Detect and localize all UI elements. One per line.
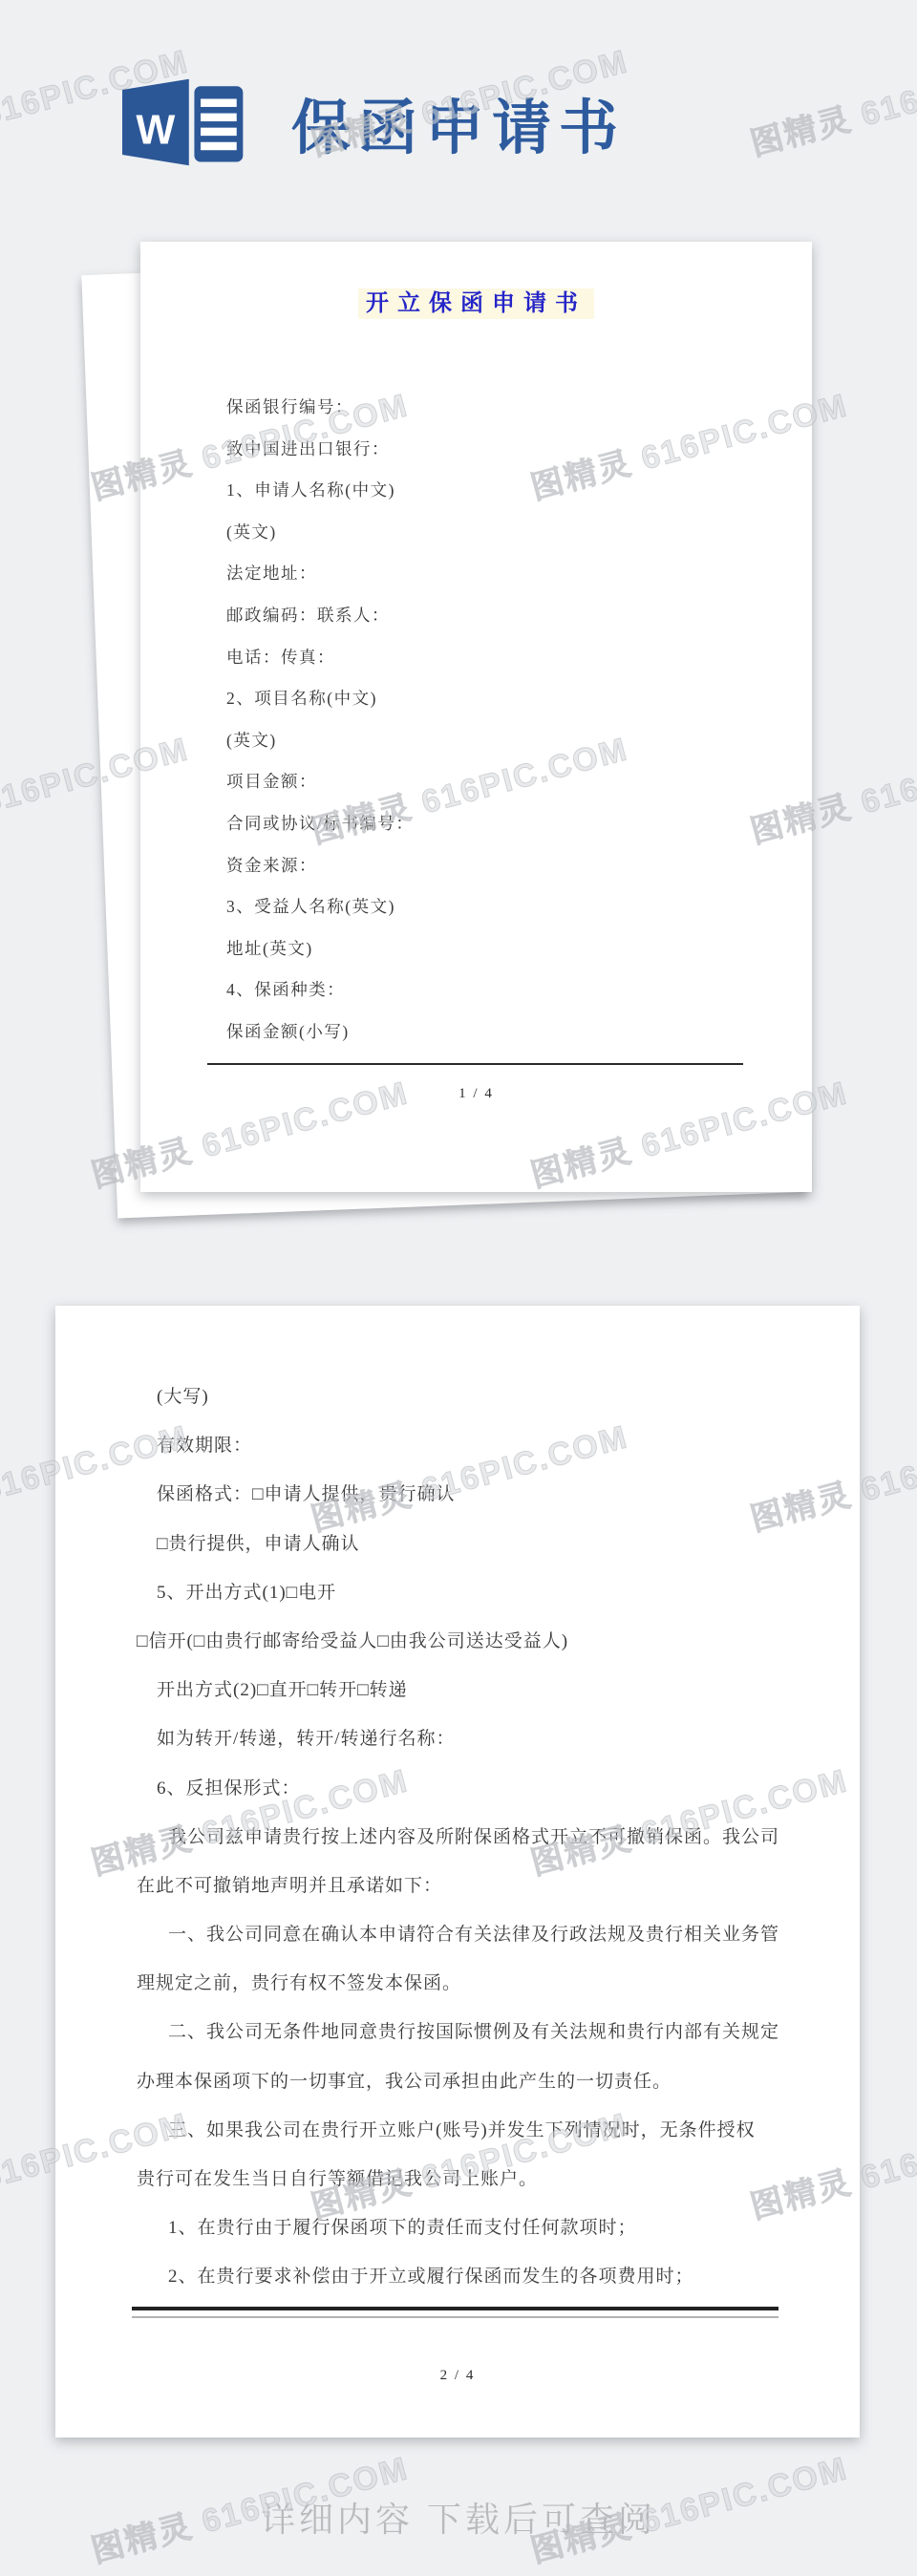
document-line: 资金来源：	[226, 845, 755, 887]
document-page-1: 开立保函申请书 保函银行编号：致中国进出口银行：1、申请人名称(中文)(英文)法…	[140, 242, 812, 1192]
header: W 保函申请书	[0, 0, 917, 191]
document-line: 二、我公司无条件地同意贵行按国际惯例及有关法规和贵行内部有关规定	[137, 2008, 807, 2056]
document-line: 保函银行编号：	[226, 387, 755, 429]
document-line: 电话：传真：	[226, 637, 755, 679]
document-line: 保函格式：□申请人提供，贵行确认	[137, 1470, 807, 1519]
document-page-2: (大写)有效期限：保函格式：□申请人提供，贵行确认□贵行提供，申请人确认5、开出…	[55, 1306, 860, 2438]
document-line: 项目金额：	[226, 761, 755, 803]
document-line: 贵行可在发生当日自行等额借记我公司上账户。	[137, 2155, 807, 2203]
page2-number: 2 / 4	[55, 2368, 860, 2384]
document-line: □信开(□由贵行邮寄给受益人□由我公司送达受益人)	[137, 1617, 807, 1666]
document-line: (英文)	[226, 720, 755, 762]
document-line: 办理本保函项下的一切事宜，我公司承担由此产生的一切责任。	[137, 2057, 807, 2106]
document-line: 法定地址：	[226, 553, 755, 595]
document-line: 有效期限：	[137, 1421, 807, 1470]
page-title: 保函申请书	[0, 80, 917, 165]
page1-number: 1 / 4	[140, 1086, 812, 1102]
page-canvas: W 保函申请书 开立保函申请书 保函银行编号：致中国进出口银行：1、申请人名称(…	[0, 0, 917, 2576]
document-line: 6、反担保形式：	[137, 1764, 807, 1813]
page2-footer-rule	[132, 2307, 778, 2318]
page1-footer-rule	[207, 1063, 743, 1065]
document-line: 5、开出方式(1)□电开	[137, 1568, 807, 1617]
document-line: 理规定之前，贵行有权不签发本保函。	[137, 1959, 807, 2008]
document-line: 合同或协议/标书编号：	[226, 803, 755, 845]
footer-note: 详细内容 下载后可查阅	[0, 2493, 917, 2542]
page1-lines: 保函银行编号：致中国进出口银行：1、申请人名称(中文)(英文)法定地址：邮政编码…	[226, 387, 755, 1054]
document-line: 1、在贵行由于履行保函项下的责任而支付任何款项时；	[137, 2203, 807, 2252]
document-line: 2、项目名称(中文)	[226, 678, 755, 720]
document-line: 开出方式(2)□直开□转开□转递	[137, 1666, 807, 1714]
page2-lines: (大写)有效期限：保函格式：□申请人提供，贵行确认□贵行提供，申请人确认5、开出…	[137, 1373, 807, 2302]
document-line: 在此不可撤销地声明并且承诺如下：	[137, 1862, 807, 1910]
document-line: □贵行提供，申请人确认	[137, 1520, 807, 1568]
document-line: 三、如果我公司在贵行开立账户(账号)并发生下列情况时，无条件授权	[137, 2106, 807, 2155]
document-line: 邮政编码：联系人：	[226, 595, 755, 637]
document-line: 我公司兹申请贵行按上述内容及所附保函格式开立不可撤销保函。我公司	[137, 1813, 807, 1862]
document-line: 致中国进出口银行：	[226, 429, 755, 471]
document-line: 2、在贵行要求补偿由于开立或履行保函而发生的各项费用时；	[137, 2252, 807, 2301]
document-title: 开立保函申请书	[140, 284, 812, 317]
document-line: 一、我公司同意在确认本申请符合有关法律及行政法规及贵行相关业务管	[137, 1910, 807, 1959]
document-line: 1、申请人名称(中文)	[226, 470, 755, 512]
document-line: 保函金额(小写)	[226, 1011, 755, 1054]
document-line: (英文)	[226, 512, 755, 554]
document-line: 地址(英文)	[226, 928, 755, 970]
document-line: 3、受益人名称(英文)	[226, 886, 755, 928]
document-line: 如为转开/转递，转开/转递行名称：	[137, 1714, 807, 1763]
document-line: 4、保函种类：	[226, 969, 755, 1011]
document-line: (大写)	[137, 1373, 807, 1421]
